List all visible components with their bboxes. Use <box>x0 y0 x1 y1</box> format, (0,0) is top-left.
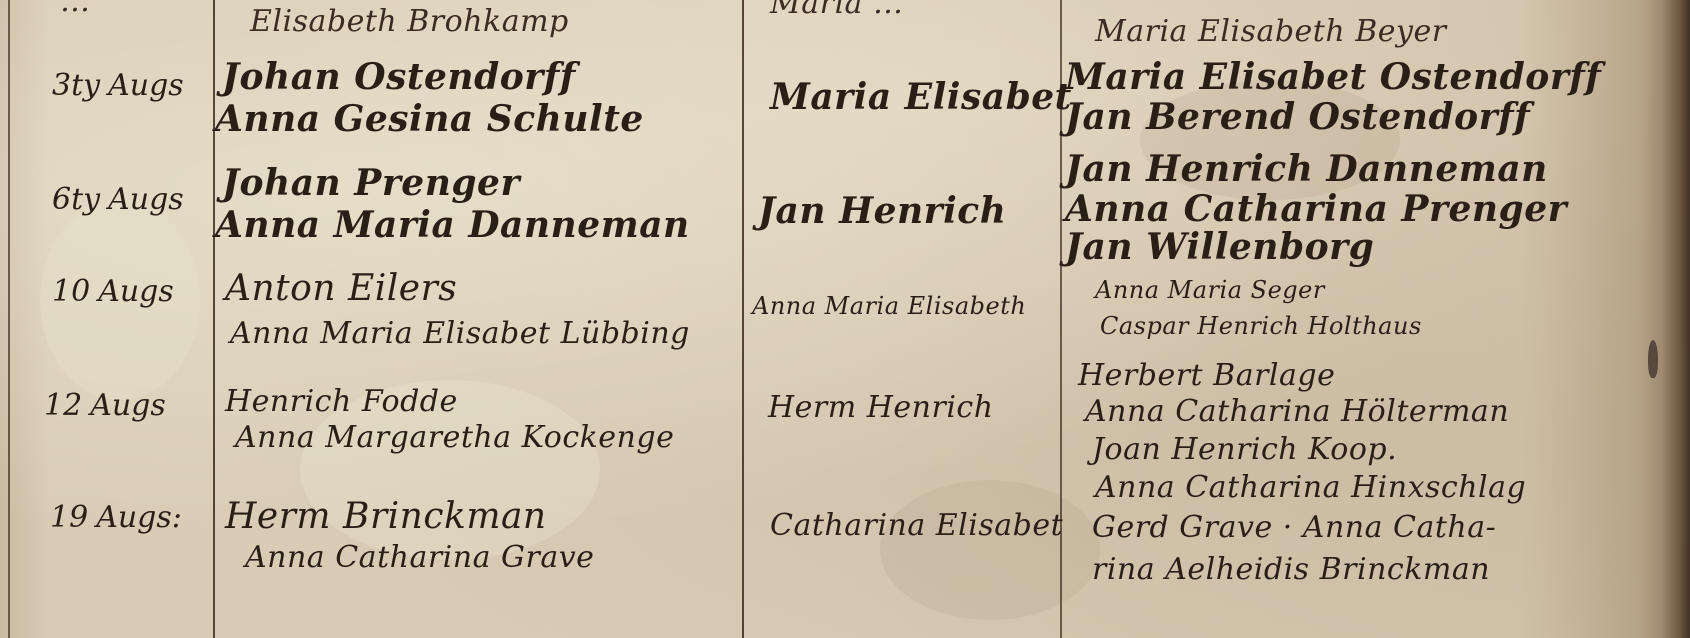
child-name: Herm Henrich <box>768 390 994 425</box>
entry-month: Augs <box>98 274 174 309</box>
fragment-date: … <box>60 0 91 19</box>
godparent-name: Jan Berend Ostendorff <box>1065 96 1530 138</box>
register-page: … Elisabeth Brohkamp Maria … Maria Elisa… <box>0 0 1690 638</box>
father-name: Johan Ostendorff <box>222 56 576 98</box>
fragment-child: Maria … <box>770 0 903 21</box>
father-name: Herm Brinckman <box>225 496 547 537</box>
entry-date: 3tyAugs <box>52 68 184 103</box>
mother-name: Anna Margaretha Kockenge <box>235 420 674 455</box>
mother-name: Anna Gesina Schulte <box>215 98 644 140</box>
father-name: Anton Eilers <box>225 268 457 309</box>
godparent-name: Gerd Grave · Anna Catha- <box>1092 510 1496 545</box>
godparent-name: Jan Willenborg <box>1065 226 1374 268</box>
godparent-name: Maria Elisabet Ostendorff <box>1065 56 1601 98</box>
entry-day: 10 <box>52 274 90 309</box>
godparent-name: rina Aelheidis Brinckman <box>1092 552 1490 587</box>
godparent-name: Anna Catharina Hölterman <box>1085 394 1509 429</box>
ink-blot <box>1648 340 1658 378</box>
father-name: Henrich Fodde <box>225 384 458 419</box>
date-column-rule <box>213 0 215 638</box>
mother-name: Anna Catharina Grave <box>245 540 594 575</box>
godparent-name: Caspar Henrich Holthaus <box>1100 312 1422 340</box>
mother-name: Anna Maria Danneman <box>215 204 690 246</box>
page-edge-shadow <box>1662 0 1690 638</box>
godparent-name: Joan Henrich Koop. <box>1092 432 1397 467</box>
entry-date: 10Augs <box>52 274 174 309</box>
father-name: Johan Prenger <box>222 162 520 204</box>
parents-column-rule <box>742 0 744 638</box>
entry-date: 6tyAugs <box>52 182 184 217</box>
entry-day: 3ty <box>52 68 100 103</box>
child-name: Jan Henrich <box>758 190 1006 232</box>
godparent-name: Herbert Barlage <box>1078 358 1335 393</box>
child-name: Maria Elisabet <box>770 76 1072 118</box>
entry-month: Augs <box>90 388 166 423</box>
fragment-parent-line: Elisabeth Brohkamp <box>250 4 569 39</box>
fragment-godparent-line: Maria Elisabeth Beyer <box>1095 14 1447 49</box>
left-margin-rule <box>8 0 10 638</box>
entry-month: Augs: <box>96 500 182 535</box>
entry-month: Augs <box>108 68 184 103</box>
godparent-name: Anna Maria Seger <box>1095 276 1325 304</box>
godparent-name: Jan Henrich Danneman <box>1065 148 1548 190</box>
paper-stain <box>880 480 1100 620</box>
godparent-name: Anna Catharina Hinxschlag <box>1095 470 1526 505</box>
child-name: Anna Maria Elisabeth <box>752 292 1026 320</box>
entry-month: Augs <box>108 182 184 217</box>
godparent-name: Anna Catharina Prenger <box>1065 188 1567 230</box>
entry-day: 12 <box>44 388 82 423</box>
entry-date: 19Augs: <box>50 500 182 535</box>
entry-day: 6ty <box>52 182 100 217</box>
child-name: Catharina Elisabet <box>770 508 1063 543</box>
entry-day: 19 <box>50 500 88 535</box>
entry-date: 12Augs <box>44 388 166 423</box>
mother-name: Anna Maria Elisabet Lübbing <box>230 316 690 351</box>
